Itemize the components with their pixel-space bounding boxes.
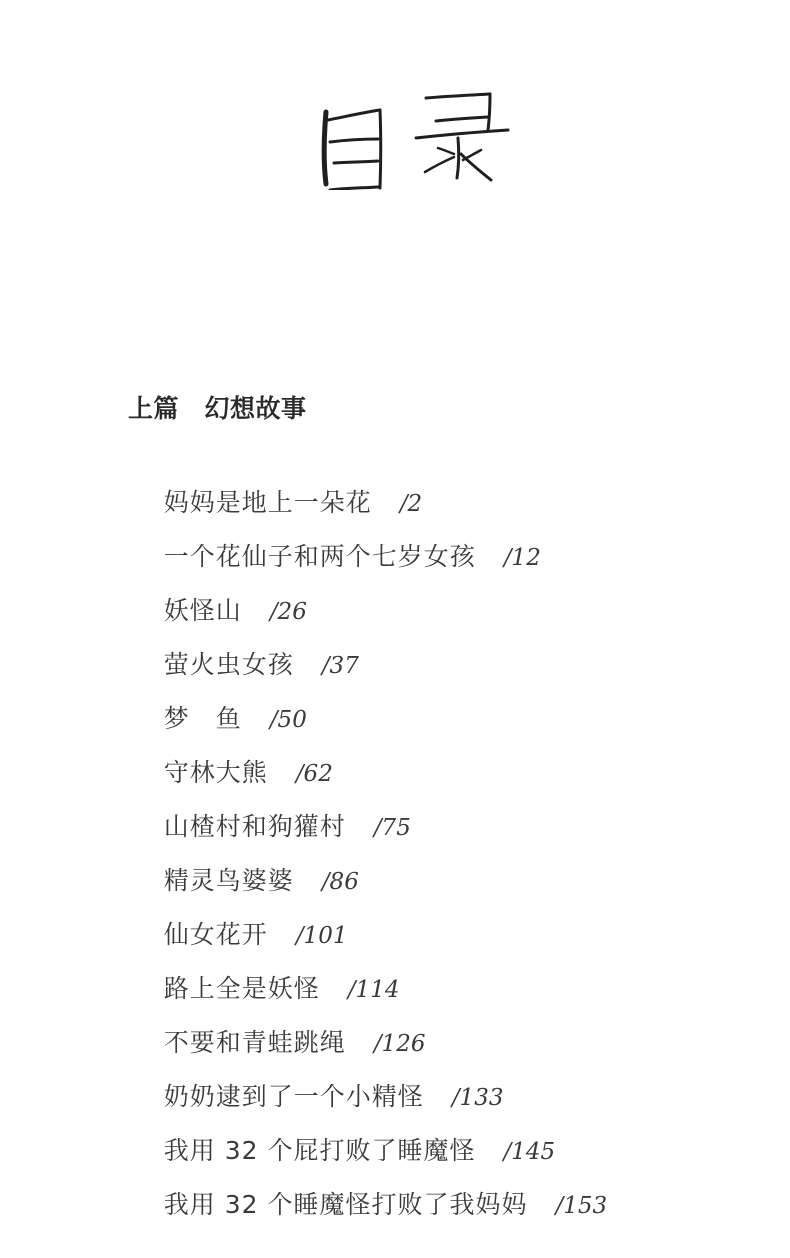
entry-page-number: /114 — [348, 977, 400, 1003]
entry-title: 我用 32 个屁打败了睡魔怪 — [164, 1136, 476, 1165]
entry-page-number: /2 — [400, 491, 422, 517]
entry-title: 奶奶逮到了一个小精怪 — [164, 1082, 424, 1111]
entry-page-number: /86 — [322, 869, 359, 895]
entry-page-number: /37 — [322, 653, 359, 679]
entry-title: 一个花仙子和两个七岁女孩 — [164, 542, 476, 571]
entry-title: 路上全是妖怪 — [164, 974, 320, 1003]
entry-page-number: /75 — [374, 815, 411, 841]
entry-page-number: /50 — [270, 707, 307, 733]
entry-title: 山楂村和狗獾村 — [164, 812, 346, 841]
entry-page-number: /153 — [556, 1193, 608, 1219]
entry-title: 萤火虫女孩 — [164, 650, 294, 679]
entry-title: 守林大熊 — [164, 758, 268, 787]
entry-title: 梦 鱼 — [164, 704, 242, 733]
section-heading: 上篇 幻想故事 — [128, 389, 748, 443]
entry-page-number: /101 — [296, 923, 348, 949]
entry-title: 仙女花开 — [164, 920, 268, 949]
table-of-contents: 上篇 幻想故事 妈妈是地上一朵花/2 一个花仙子和两个七岁女孩/12 妖怪山/2… — [128, 389, 748, 1199]
entry-title: 我用 32 个睡魔怪打败了我妈妈 — [164, 1190, 528, 1219]
entry-title: 妖怪山 — [164, 596, 242, 625]
page-title: 目录 — [318, 90, 518, 190]
entry-page-number: /62 — [296, 761, 333, 787]
handwritten-title-graphic — [318, 90, 518, 190]
toc-entry[interactable]: 妈妈是地上一朵花/2 — [128, 443, 748, 497]
entry-page-number: /26 — [270, 599, 307, 625]
entry-title: 不要和青蛙跳绳 — [164, 1028, 346, 1057]
entry-page-number: /12 — [504, 545, 541, 571]
entry-page-number: /133 — [452, 1085, 504, 1111]
entry-title: 妈妈是地上一朵花 — [164, 488, 372, 517]
entry-page-number: /126 — [374, 1031, 426, 1057]
entry-title: 精灵鸟婆婆 — [164, 866, 294, 895]
entry-page-number: /145 — [504, 1139, 556, 1165]
